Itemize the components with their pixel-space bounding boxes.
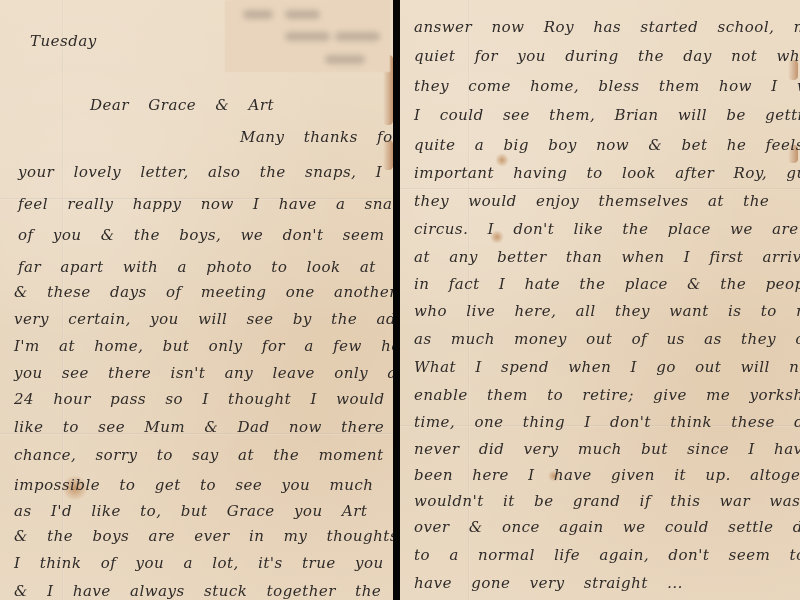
letter-line: feel really happy now I have a snap: [18, 195, 393, 213]
letter-line: they would enjoy themselves at the: [414, 192, 769, 210]
redacted-address: [225, 0, 390, 72]
letter-date: Tuesday: [30, 32, 97, 50]
letter-line: & these days of meeting one another isn'…: [14, 283, 393, 301]
letter-line: wouldn't it be grand if this war was: [414, 492, 800, 510]
letter-line: as I'd like to, but Grace you Art: [14, 502, 367, 520]
fold-crease: [400, 188, 800, 190]
letter-line: in fact I hate the place & the people: [414, 275, 800, 293]
letter-line: enable them to retire; give me yorkshire…: [414, 386, 800, 404]
letter-line: to a normal life again, don't seem to: [414, 546, 800, 564]
letter-line: like to see Mum & Dad now there is a: [14, 418, 393, 436]
letter-line: quite a big boy now & bet he feels very: [414, 136, 800, 154]
letter-line: time, one thing I don't think these days: [414, 413, 800, 431]
letter-page-right: answer now Roy has started school, might…: [400, 0, 800, 600]
letter-line: impossible to get to see you much: [14, 476, 373, 494]
letter-line: I'm at home, but only for a few hours: [14, 337, 393, 355]
letter-line: very certain, you will see by the addres…: [14, 310, 393, 328]
letter-line: far apart with a photo to look at: [18, 258, 376, 276]
letter-line: have gone very straight ...: [414, 574, 683, 592]
letter-line: & I have always stuck together the most: [14, 582, 393, 600]
letter-salutation: Dear Grace & Art: [90, 96, 274, 114]
letter-line: as much money out of us as they can.: [414, 330, 800, 348]
letter-line: circus. I don't like the place we are: [414, 220, 799, 238]
letter-line: What I spend when I go out will never: [414, 358, 800, 376]
letter-line: 24 hour pass so I thought I would just: [14, 390, 393, 408]
letter-line: & the boys are ever in my thoughts.: [14, 527, 393, 545]
letter-line: quiet for you during the day not when: [414, 47, 800, 65]
letter-line: Many thanks for: [240, 128, 393, 146]
page-divider: [393, 0, 400, 600]
letter-line: who live here, all they want is to make: [414, 302, 800, 320]
letter-line: I could see them, Brian will be getting: [414, 106, 800, 124]
letter-line: never did very much but since I have: [414, 440, 800, 458]
letter-line: of you & the boys, we don't seem so: [18, 226, 393, 244]
letter-line: answer now Roy has started school, might…: [414, 18, 800, 36]
letter-line: your lovely letter, also the snaps, I: [18, 163, 382, 181]
letter-line-cut: [414, 0, 433, 10]
letter-line: you see there isn't any leave only a: [14, 364, 393, 382]
letter-page-left: Tuesday Dear Grace & Art Many thanks for…: [0, 0, 393, 600]
letter-spread: Tuesday Dear Grace & Art Many thanks for…: [0, 0, 800, 600]
letter-line: they come home, bless them how I wish: [414, 77, 800, 95]
letter-line: at any better than when I first arrived: [414, 248, 800, 266]
letter-line: chance, sorry to say at the moment it's: [14, 446, 393, 464]
letter-line: been here I have given it up. altogether: [414, 466, 800, 484]
letter-line: I think of you a lot, it's true you: [14, 554, 384, 572]
letter-line: important having to look after Roy, gues…: [414, 164, 800, 182]
letter-line: over & once again we could settle down: [414, 518, 800, 536]
